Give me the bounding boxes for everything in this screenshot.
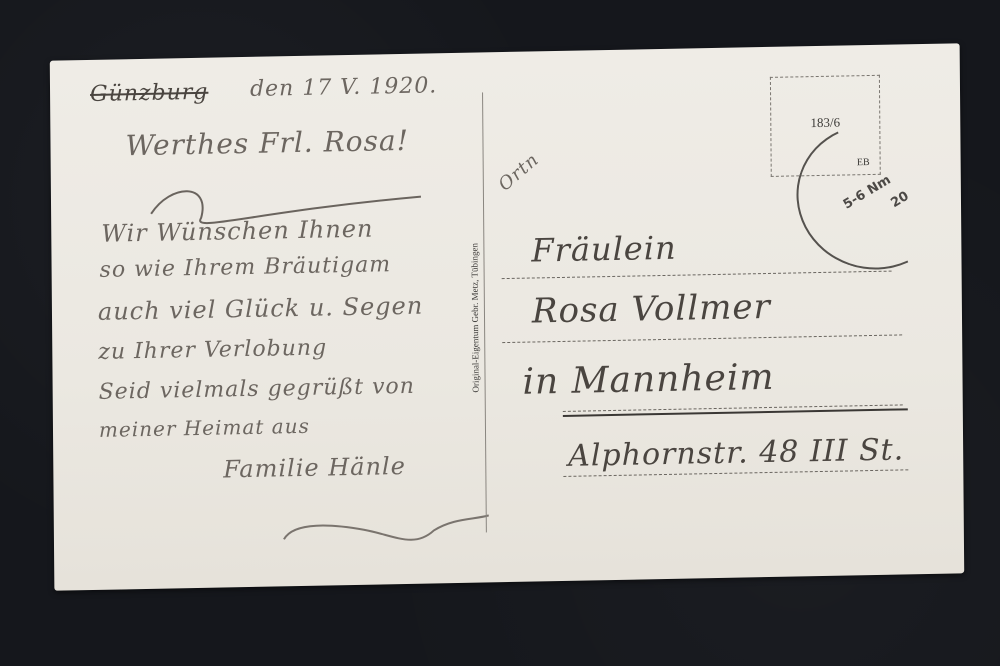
greeting: Werthes Frl. Rosa! xyxy=(125,124,409,162)
struck-place-name: Günzburg xyxy=(90,80,209,107)
address-line: Fräulein xyxy=(531,229,677,270)
address-guide-line xyxy=(502,271,892,279)
signature: Familie Hänle xyxy=(223,452,406,484)
message-line: zu Ihrer Verlobung xyxy=(98,335,327,364)
message-line: auch viel Glück u. Segen xyxy=(98,292,424,326)
signature-flourish xyxy=(274,507,494,551)
date: den 17 V. 1920. xyxy=(250,73,437,102)
address-line: Rosa Vollmer xyxy=(532,287,771,332)
greeting-flourish xyxy=(131,168,431,234)
message-line: meiner Heimat aus xyxy=(99,414,310,442)
address-line: Alphornstr. 48 III St. xyxy=(568,432,904,473)
postcard: Günzburg den 17 V. 1920. Werthes Frl. Ro… xyxy=(50,43,964,590)
address-guide-line xyxy=(502,334,902,343)
address-note: Ortn xyxy=(494,149,543,195)
message-line: so wie Ihrem Bräutigam xyxy=(99,252,391,283)
address-line: in Mannheim xyxy=(522,357,774,403)
center-divider xyxy=(482,92,487,532)
message-line: Seid vielmals gegrüßt von xyxy=(99,374,415,405)
printer-imprint: Original-Eigentum Gebr. Metz, Tübingen xyxy=(469,243,480,393)
